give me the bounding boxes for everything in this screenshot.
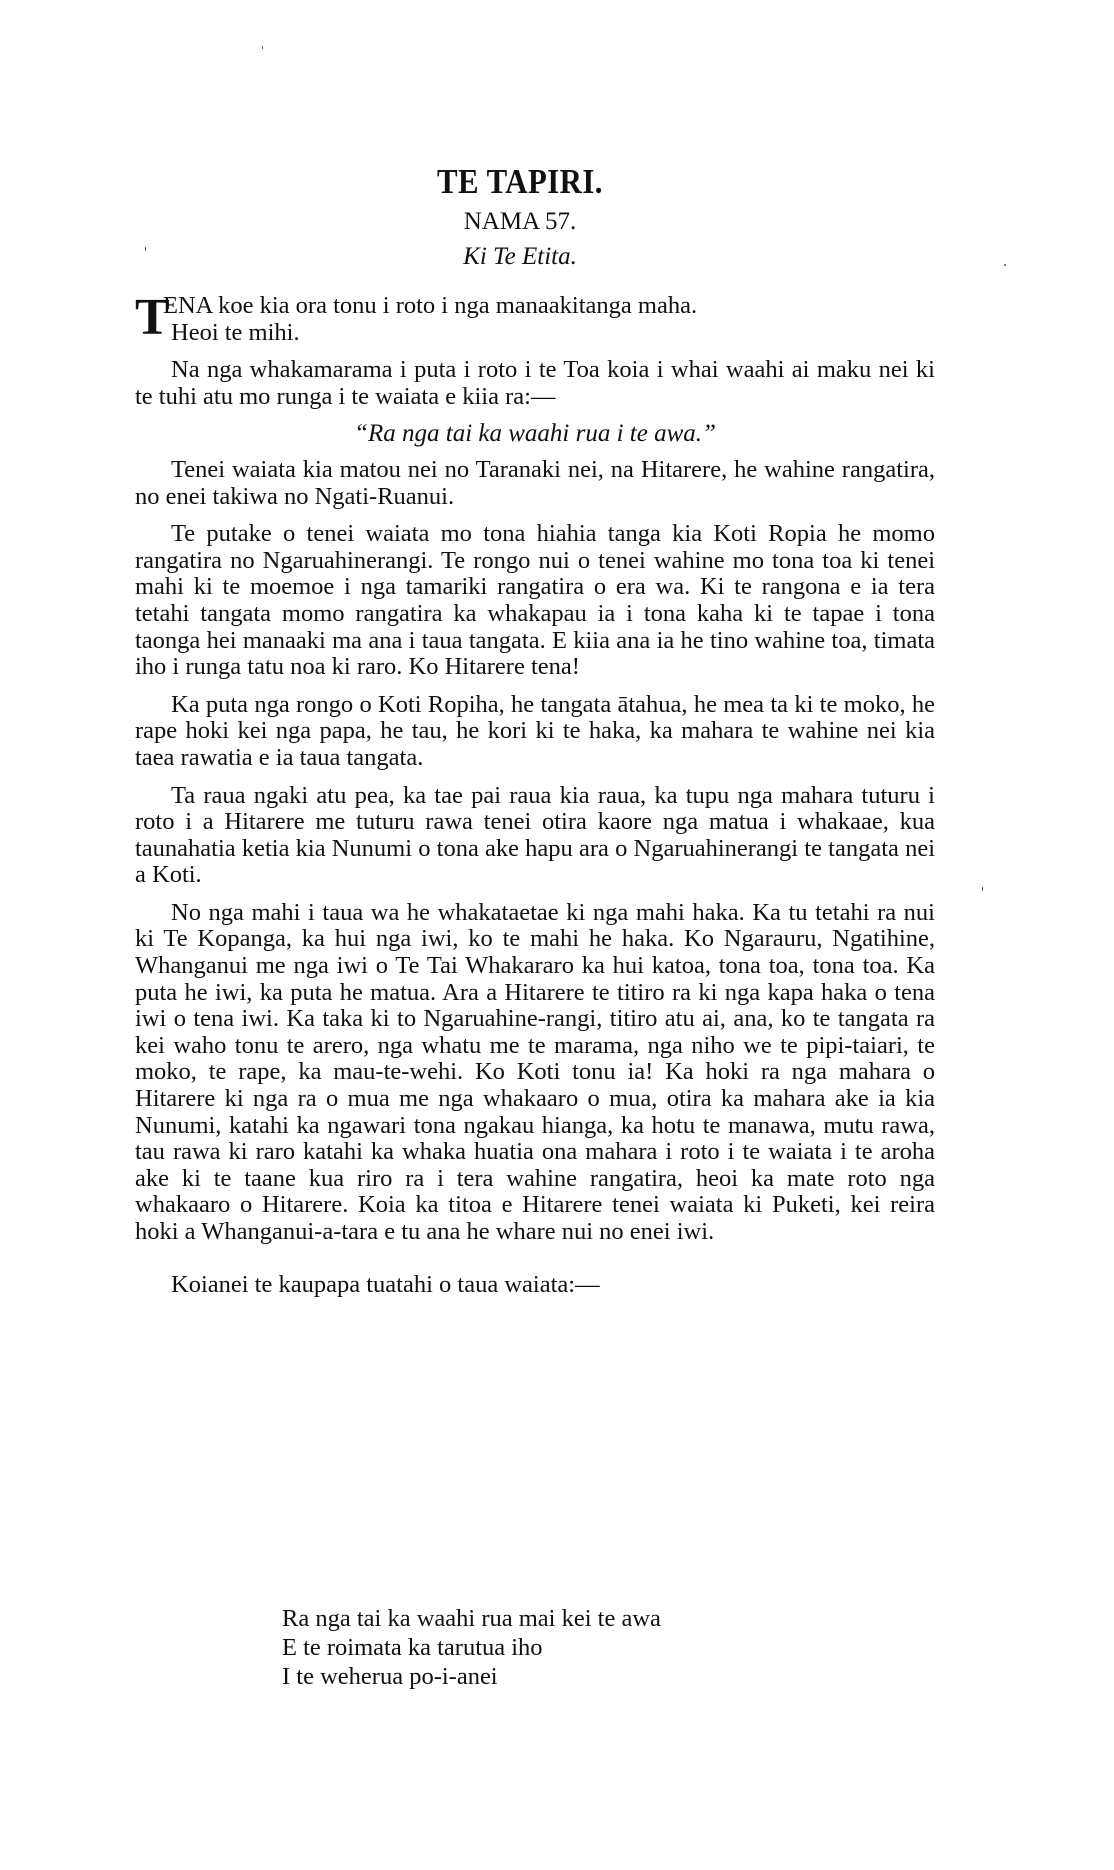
scan-speck xyxy=(982,887,983,891)
song-title-quote: “Ra nga tai ka waahi rua i te awa.” xyxy=(135,421,935,448)
paragraph: Na nga whakamarama i puta i roto i te To… xyxy=(135,357,935,410)
verse-block: Ra nga tai ka waahi rua mai kei te awa E… xyxy=(282,1604,661,1691)
verse-line: I te weherua po-i-anei xyxy=(282,1662,661,1691)
paragraph: Ka puta nga rongo o Koti Ropiha, he tang… xyxy=(135,692,935,772)
verse-line: E te roimata ka tarutua iho xyxy=(282,1633,661,1662)
paragraph: Ta raua ngaki atu pea, ka tae pai raua k… xyxy=(135,783,935,889)
letter-number: NAMA 57. xyxy=(0,208,1040,236)
salutation: Ki Te Etita. xyxy=(0,243,1040,271)
paragraph: Te putake o tenei waiata mo tona hiahia … xyxy=(135,521,935,681)
opening-line: ENA koe kia ora tonu i roto i nga manaak… xyxy=(163,292,697,319)
opening-paragraph: T ENA koe kia ora tonu i roto i nga mana… xyxy=(135,293,935,346)
opening-greeting-close: Heoi te mihi. xyxy=(171,319,300,346)
verse-line: Ra nga tai ka waahi rua mai kei te awa xyxy=(282,1604,661,1633)
paragraph: No nga mahi i taua wa he whakataetae ki … xyxy=(135,900,935,1246)
verse-intro: Koianei te kaupapa tuatahi o taua waiata… xyxy=(135,1272,935,1299)
page-title: TE TAPIRI. xyxy=(62,162,977,202)
scan-speck xyxy=(262,46,263,49)
paragraph: Tenei waiata kia matou nei no Taranaki n… xyxy=(135,457,935,510)
letter-body: T ENA koe kia ora tonu i roto i nga mana… xyxy=(135,293,935,1309)
document-page: TE TAPIRI. NAMA 57. Ki Te Etita. T ENA k… xyxy=(0,0,1114,1870)
drop-cap: T xyxy=(135,296,170,340)
